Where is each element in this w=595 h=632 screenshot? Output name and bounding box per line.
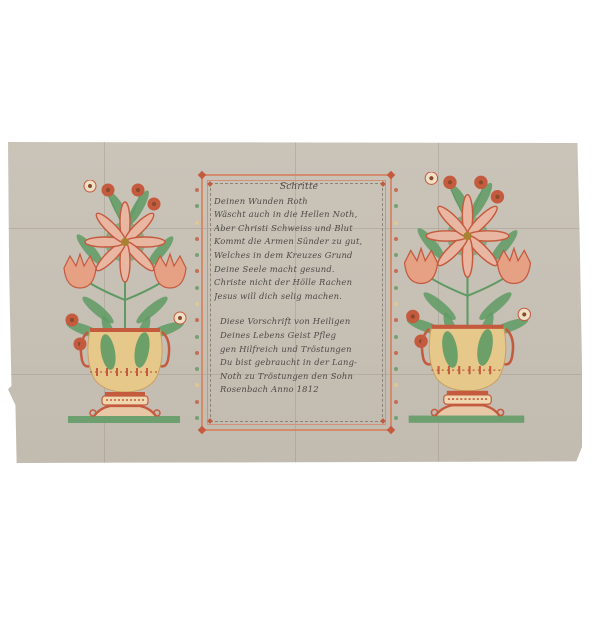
poem-line: Rosenbach Anno 1812 [214,383,384,397]
frame-dot-border-left [195,188,199,420]
left-flower-vase-illustration [60,180,190,430]
poem-line: Aber Christi Schweiss und Blut [214,222,384,236]
poem-line: Diese Vorschrift von Heiligen [214,315,384,329]
poem-line: gen Hilfreich und Tröstungen [214,343,384,357]
poem-line: Deines Lebens Geist Pfleg [214,329,384,343]
poem-line: Wäscht auch in die Hellen Noth, [214,208,384,222]
poem-line: Welches in dem Kreuzes Grund [214,249,384,263]
right-flower-vase-illustration [400,172,535,430]
manuscript-text: Schritte Deinen Wunden RothWäscht auch i… [214,181,384,397]
poem-line: Jesus will dich selig machen. [214,290,384,304]
poem-title: Schritte [214,181,384,195]
poem-line: Deinen Wunden Roth [214,195,384,209]
poem-line: Deine Seele macht gesund. [214,263,384,277]
poem-line: Kommt die Armen Sünder zu gut, [214,235,384,249]
poem-line: Noth zu Tröstungen den Sohn [214,370,384,384]
frame-dot-border-right [394,188,398,420]
poem-line: Du bist gebraucht in der Lang- [214,356,384,370]
poem-line: Christe nicht der Hölle Rachen [214,276,384,290]
